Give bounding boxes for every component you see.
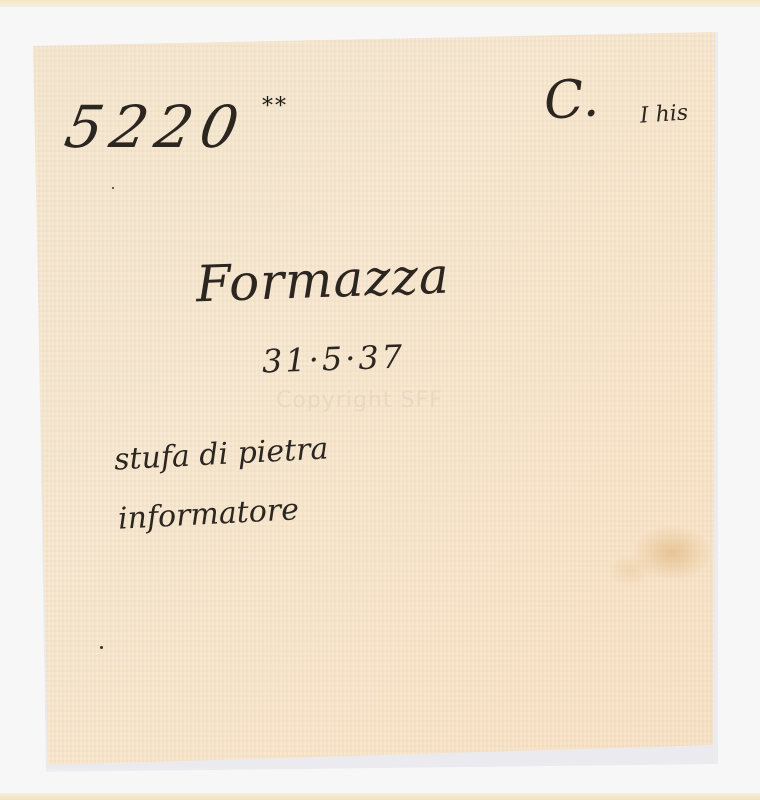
place-name: Formazza <box>195 251 450 310</box>
collector-sub: I his <box>639 102 689 127</box>
collector-mark: C. <box>542 72 600 128</box>
ink-speck <box>100 646 103 649</box>
ink-speck <box>112 187 114 189</box>
background-strip-bottom <box>0 793 760 800</box>
date: 31·5·37 <box>261 341 405 378</box>
copyright-watermark: Copyright SFF <box>276 388 443 413</box>
catalog-marks: ** <box>262 96 288 118</box>
background-strip-top <box>0 0 760 7</box>
catalog-number: 5220 <box>61 98 251 156</box>
